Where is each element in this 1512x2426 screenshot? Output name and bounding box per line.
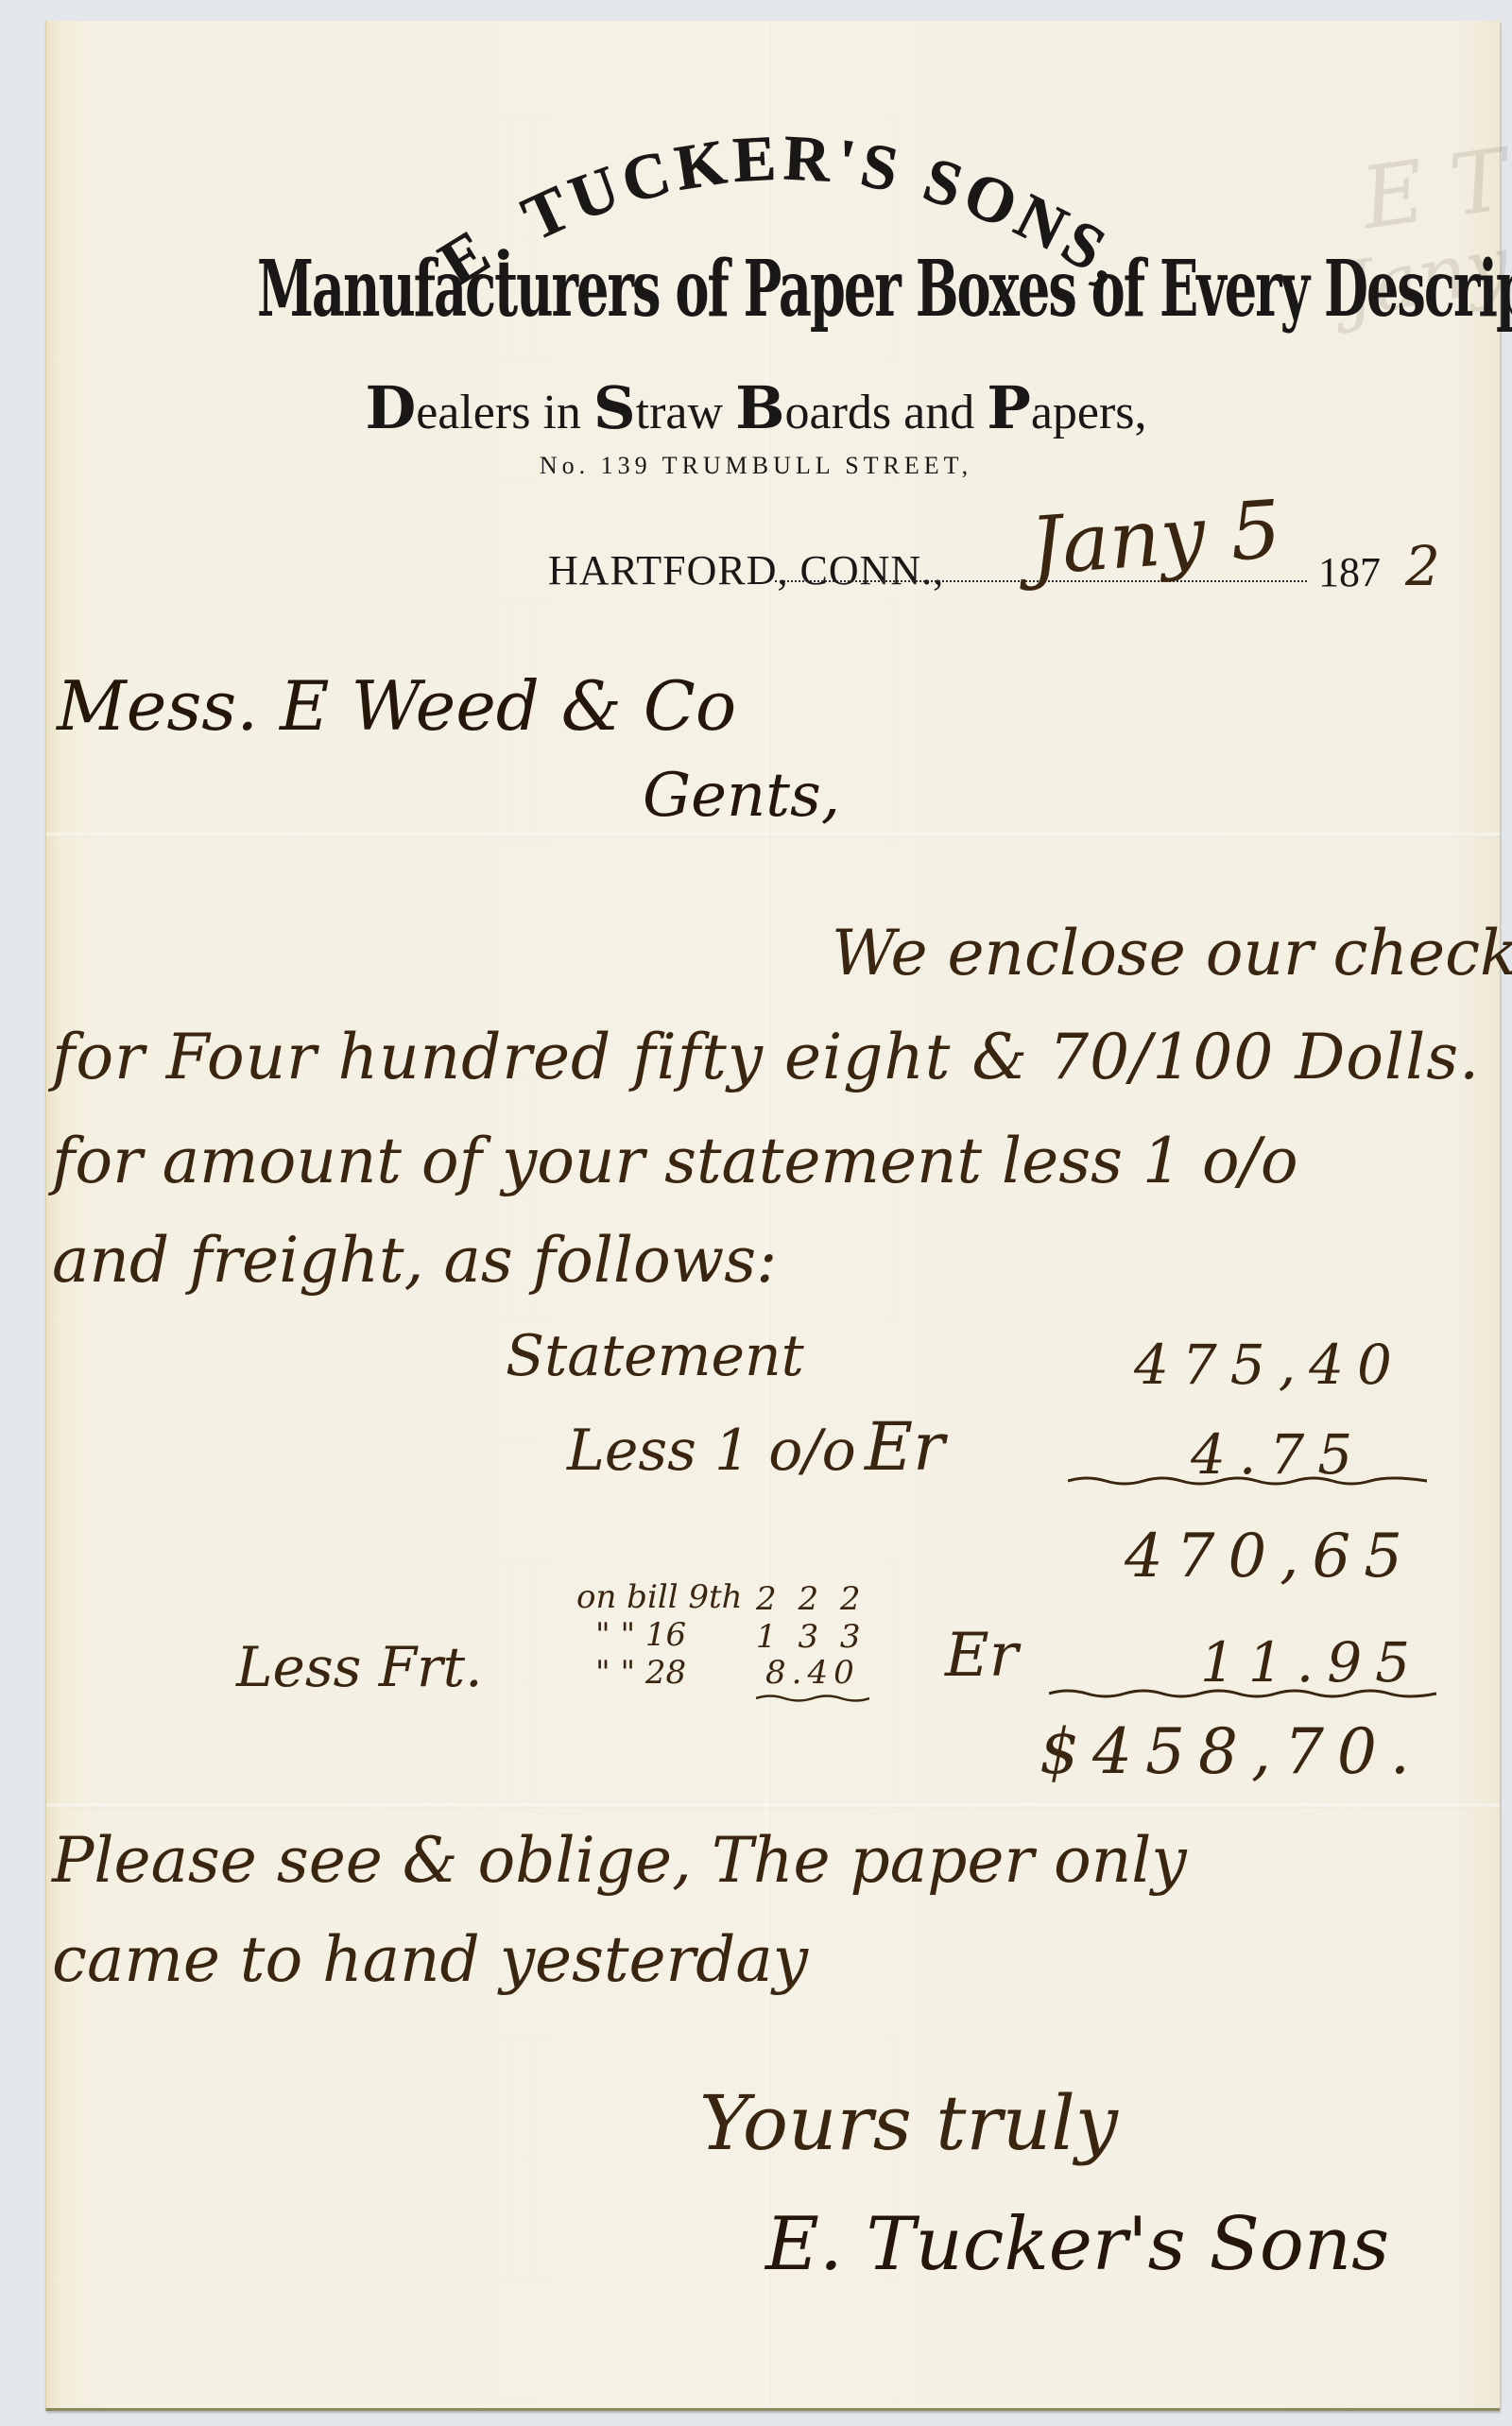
ledger-freight-total: 11.95 [1200, 1630, 1423, 1695]
body-line-1: We enclose our check [832, 917, 1512, 989]
letterhead-address: No. 139 TRUMBULL STREET, [0, 452, 1512, 480]
freight-item-2-amount: 1 3 3 [756, 1618, 867, 1656]
ledger-less-pct-label: Less 1 o/o [567, 1418, 856, 1484]
handwritten-year-digit: 2 [1405, 534, 1440, 598]
ledger-subtotal: 470,65 [1125, 1522, 1416, 1592]
closing-line-2: came to hand yesterday [52, 1923, 808, 1996]
ledger-underline-2 [1049, 1687, 1436, 1700]
freight-item-2-label: " " 16 [595, 1616, 686, 1654]
dealers-initial-p: P [987, 373, 1031, 442]
freight-item-1-amount: 2 2 2 [756, 1580, 867, 1618]
ledger-grand-total: $458,70. [1039, 1715, 1423, 1788]
valediction: Yours truly [699, 2079, 1118, 2167]
dealers-text-2: traw [636, 386, 735, 439]
dealers-initial-d: D [365, 373, 416, 442]
fold-crease-upper [46, 832, 1500, 837]
signature: E. Tucker's Sons [765, 2202, 1389, 2287]
letterhead-city: HARTFORD, CONN., [548, 546, 944, 594]
ledger-statement-label: Statement [506, 1323, 804, 1389]
salutation: Gents, [643, 761, 840, 831]
freight-item-3-label: " " 28 [595, 1654, 686, 1692]
ledger-er-mark-2: Er [945, 1621, 1018, 1691]
fold-crease-lower [46, 1802, 1500, 1808]
ledger-statement-amount: 475,40 [1134, 1333, 1405, 1397]
handwritten-date: Jany 5 [1027, 483, 1284, 593]
letterhead-dealers-line: Dealers in Straw Boards and Papers, [0, 373, 1512, 442]
freight-item-1-label: on bill 9th [576, 1578, 743, 1616]
letterhead-tagline: Manufacturers of Paper Boxes of Every De… [257, 244, 1255, 335]
dealers-text-3: oards and [784, 386, 987, 439]
dealers-text-4: apers, [1031, 386, 1147, 439]
ledger-underline-1 [1068, 1474, 1427, 1488]
recipient: Mess. E Weed & Co [57, 666, 736, 746]
ledger-er-mark-1: Er [865, 1408, 945, 1486]
printed-year: 187 [1318, 548, 1381, 596]
body-line-3: for amount of your statement less 1 o/o [52, 1125, 1298, 1197]
ledger-less-freight-label: Less Frt. [236, 1635, 483, 1699]
dealers-initial-s: S [593, 373, 636, 442]
closing-line-1: Please see & oblige, The paper only [52, 1824, 1187, 1897]
body-line-4: and freight, as follows: [52, 1224, 777, 1297]
freight-subtotal-underline [756, 1692, 869, 1705]
body-line-2: for Four hundred fifty eight & 70/100 Do… [52, 1021, 1480, 1093]
dealers-initial-b: B [735, 373, 784, 442]
dealers-text-1: ealers in [416, 386, 593, 439]
freight-item-3-amount: 8.40 [765, 1654, 860, 1692]
